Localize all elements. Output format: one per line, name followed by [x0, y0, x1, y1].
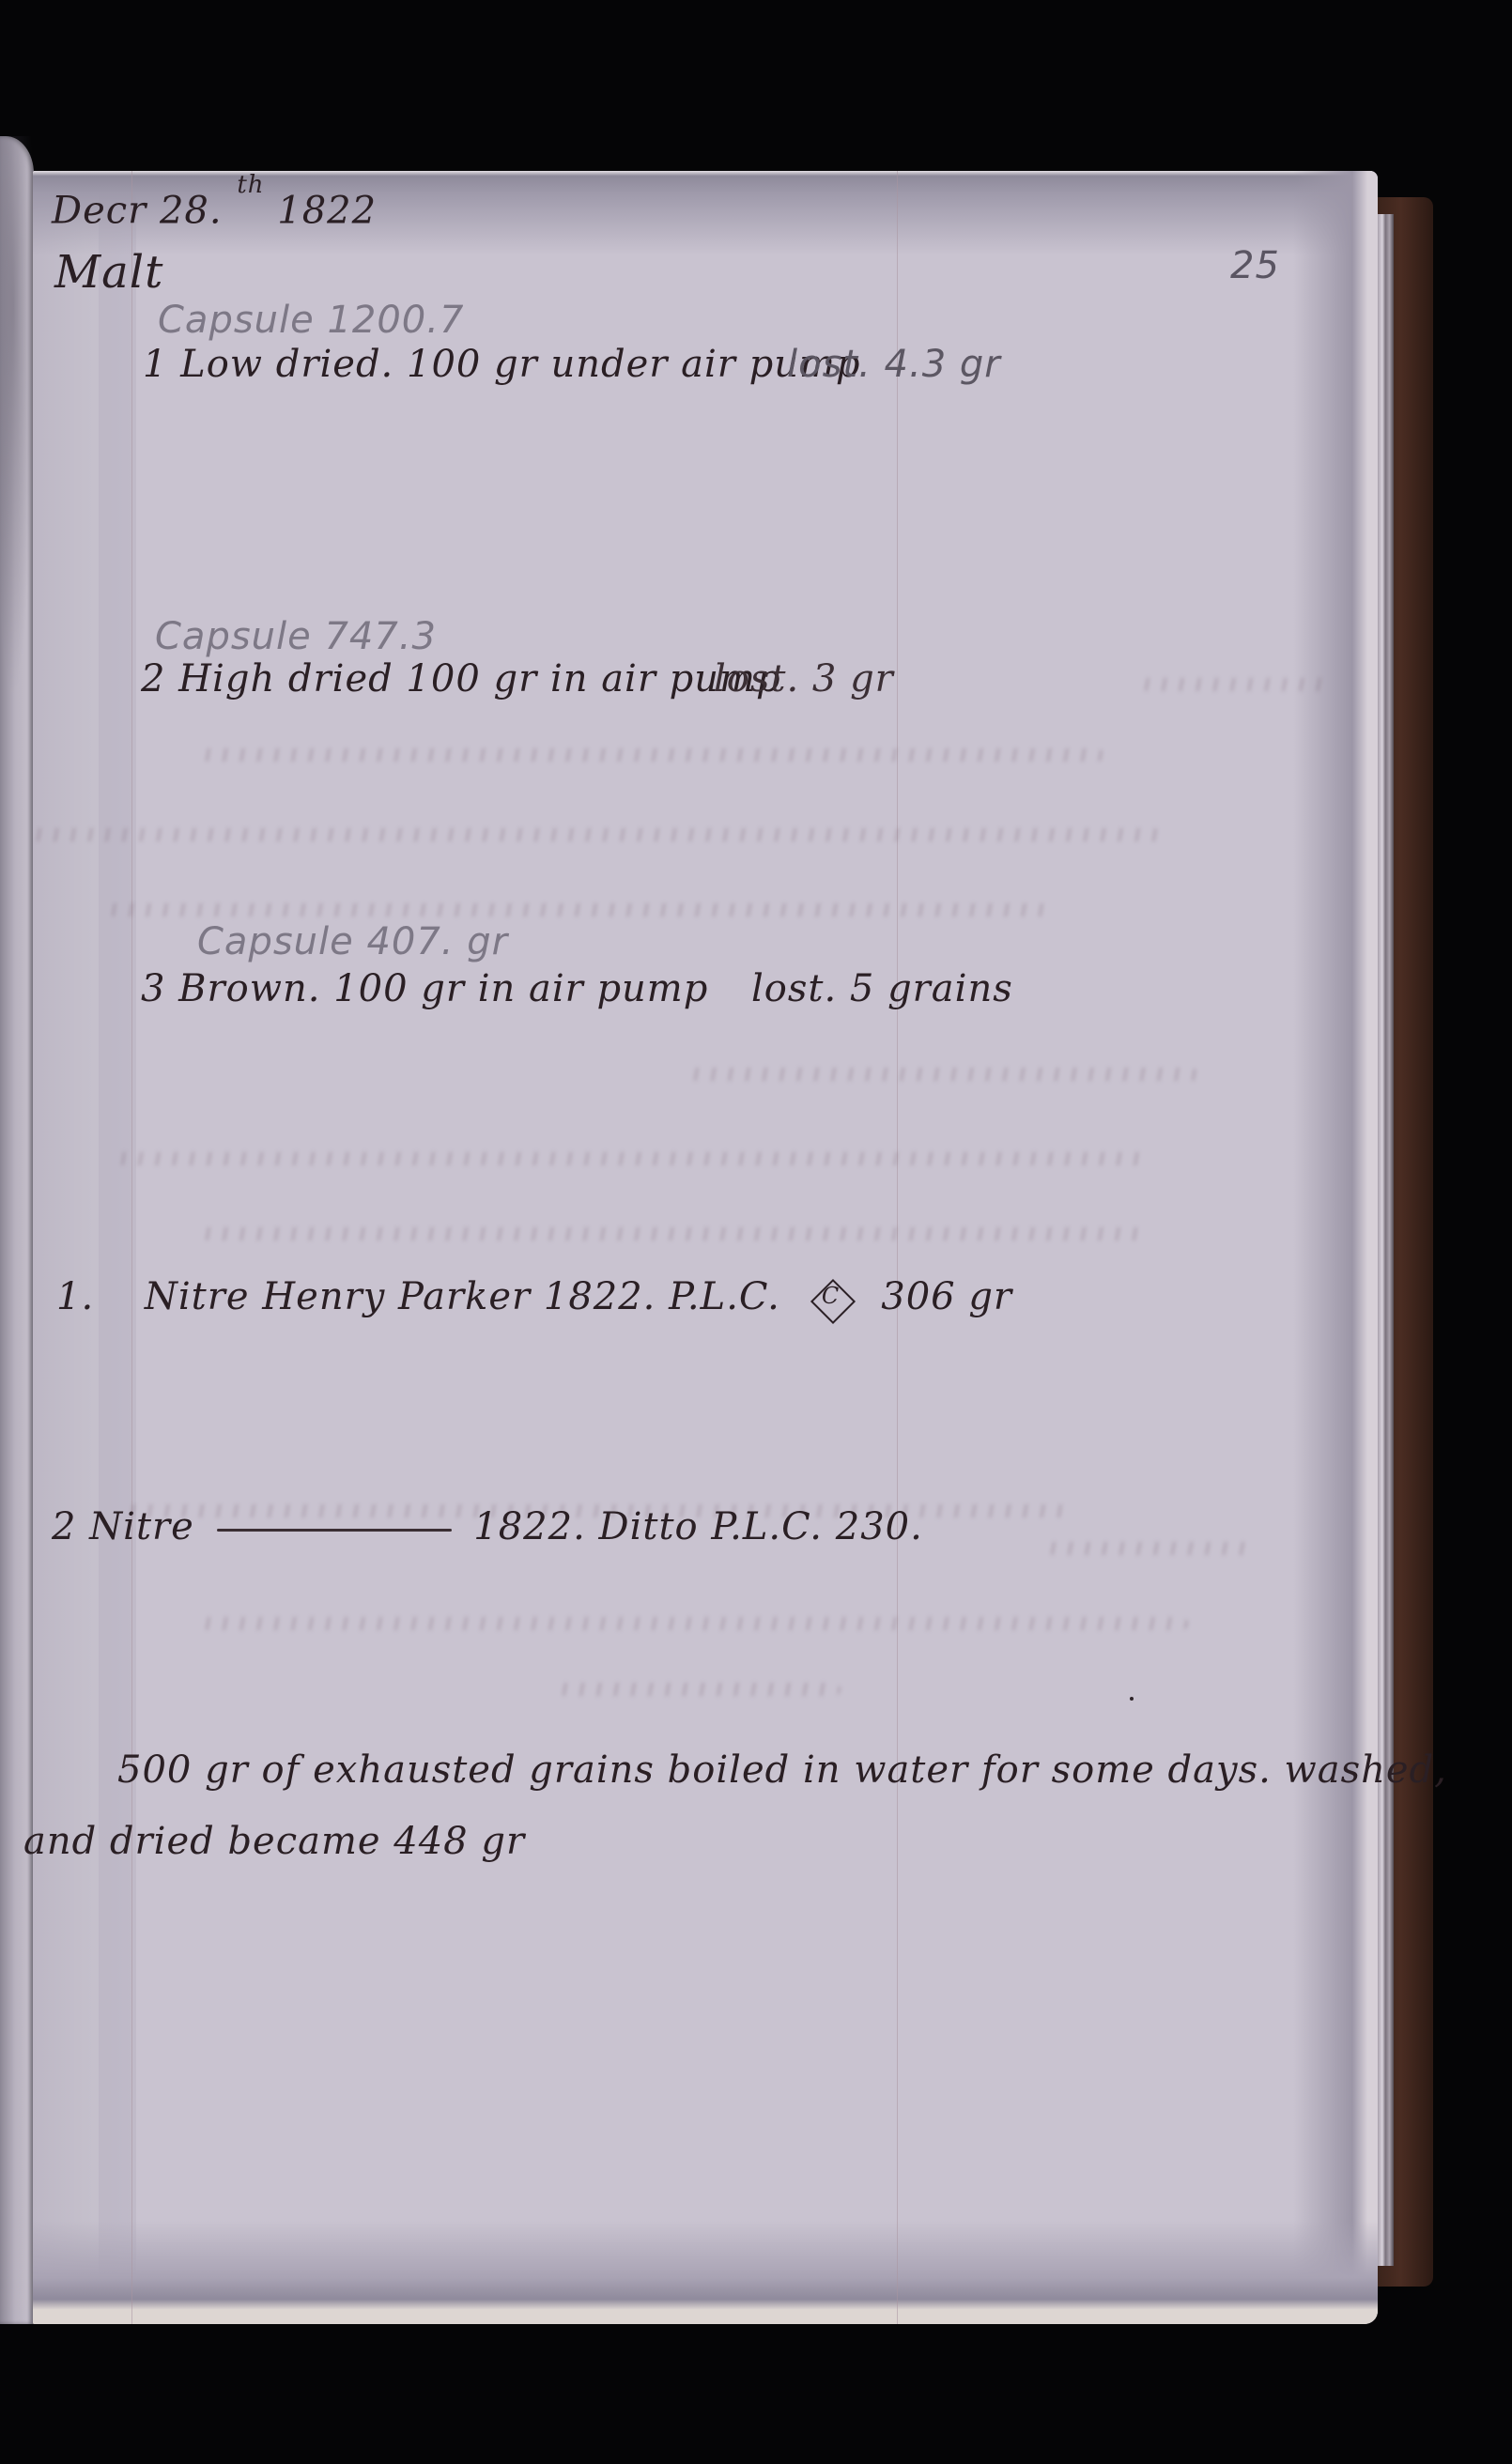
- nitre-2-mark: Ditto P.L.C.: [599, 1505, 824, 1548]
- section-heading-malt: Malt: [54, 246, 163, 299]
- date-text: Decr 28: [52, 189, 209, 232]
- gutter-band: [99, 171, 136, 2324]
- entry-1-text: 1 Low dried. 100 gr under air pump: [143, 343, 861, 386]
- pencil-note-capsule-1: Capsule 1200.7: [158, 299, 464, 342]
- entry-3-text: 3 Brown. 100 gr in air pump: [141, 967, 708, 1010]
- nitre-1-year: 1822.: [544, 1275, 656, 1318]
- nitre-2-value: 230.: [836, 1505, 923, 1548]
- nitre-1-value: 306 gr: [881, 1275, 1012, 1318]
- nitre-2-item: Nitre: [89, 1505, 194, 1548]
- nitre-2-number: 2: [52, 1505, 76, 1548]
- nitre-entry-1: 1. Nitre Henry Parker 1822. P.L.C. C 306…: [56, 1275, 1012, 1320]
- pencil-note-capsule-3: Capsule 407. gr: [197, 920, 508, 963]
- entry-1-result: lost. 4.3 gr: [787, 343, 1001, 386]
- bleed-through-line: [690, 1068, 1197, 1081]
- entry-date: Decr 28. th 1822: [52, 188, 377, 232]
- stamp-letter: C: [810, 1283, 852, 1309]
- pencil-note-capsule-2: Capsule 747.3: [155, 615, 437, 658]
- notebook-page: [33, 171, 1378, 2324]
- nitre-1-maker: Henry Parker: [262, 1275, 531, 1318]
- bleed-through-line: [108, 903, 1047, 916]
- entry-2-text: 2 High dried 100 gr in air pump: [141, 657, 781, 701]
- entry-3-result: lost. 5 grains: [751, 967, 1013, 1010]
- page-shade-right: [1293, 171, 1378, 2324]
- nitre-2-year: 1822.: [473, 1505, 586, 1548]
- diamond-stamp-icon: C: [810, 1279, 852, 1320]
- bleed-through-line: [33, 828, 1160, 841]
- bleed-through-line: [202, 1617, 1188, 1630]
- note-line-1: 500 gr of exhausted grains boiled in wat…: [117, 1748, 1447, 1792]
- bleed-through-line: [117, 1152, 1150, 1165]
- bleed-through-line: [1047, 1542, 1254, 1555]
- nitre-1-number: 1.: [56, 1275, 94, 1318]
- margin-rule-left: [131, 171, 132, 2324]
- date-year: 1822: [277, 189, 377, 232]
- bleed-through-line: [202, 1227, 1141, 1240]
- nitre-1-mark: P.L.C.: [669, 1275, 780, 1318]
- nitre-entry-2: 2 Nitre 1822. Ditto P.L.C. 230.: [52, 1505, 923, 1548]
- note-line-2: and dried became 448 gr: [23, 1820, 525, 1863]
- entry-2-result: lost. 3 gr: [714, 657, 894, 701]
- ink-spot: [1130, 1697, 1134, 1701]
- column-rule-middle: [897, 171, 898, 2324]
- bleed-through-line: [559, 1683, 841, 1696]
- nitre-1-item: Nitre: [145, 1275, 250, 1318]
- page-shade-bottom: [33, 2221, 1378, 2324]
- date-ordinal: th: [237, 171, 264, 199]
- ditto-dash: [217, 1529, 452, 1532]
- bleed-through-line: [202, 748, 1103, 762]
- bleed-through-line: [1141, 678, 1329, 691]
- previous-page-curl: [0, 136, 34, 2324]
- page-number: 25: [1230, 244, 1280, 287]
